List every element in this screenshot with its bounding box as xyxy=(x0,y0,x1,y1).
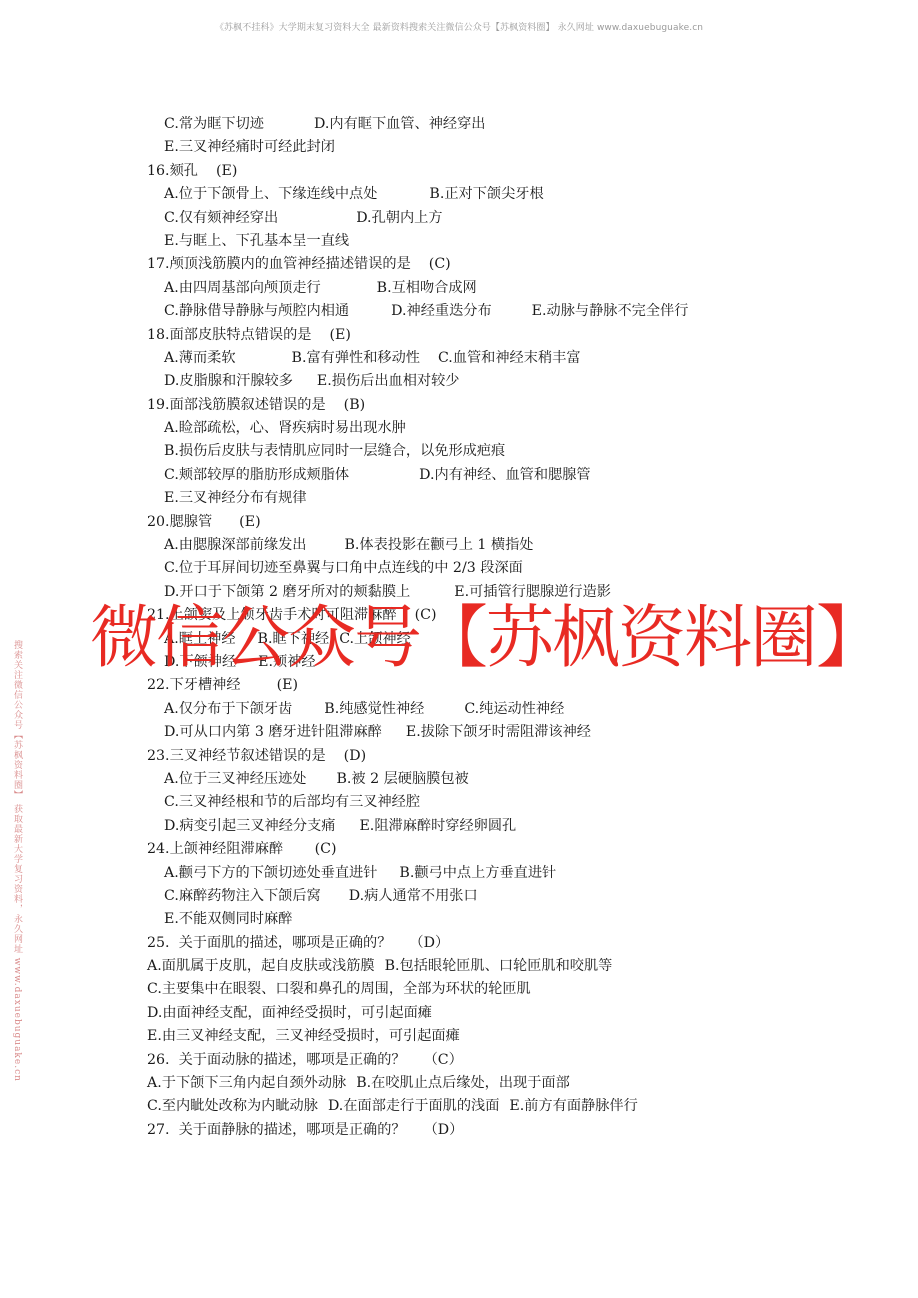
answer-options: C.主要集中在眼裂、口裂和鼻孔的周围，全部为环状的轮匝肌 xyxy=(147,978,787,1001)
answer-options: C.至内眦处改称为内眦动脉D.在面部走行于面肌的浅面E.前方有面静脉伴行 xyxy=(147,1095,787,1118)
option-text: E.三叉神经痛时可经此封闭 xyxy=(164,136,335,159)
option-text: C.静脉借导静脉与颅腔内相通 xyxy=(164,300,349,323)
answer-options: C.仅有颏神经穿出D.孔朝内上方 xyxy=(147,207,787,230)
question-text: 27. 关于面静脉的描述，哪项是正确的？ （D） xyxy=(147,1119,463,1142)
option-text: C.颊部较厚的脂肪形成颊脂体 xyxy=(164,464,349,487)
option-text: D.病人通常不用张口 xyxy=(349,885,478,908)
question-text: 19.面部浅筋膜叙述错误的是 (B) xyxy=(147,394,365,417)
option-text: B.体表投影在颧弓上 1 横指处 xyxy=(344,534,533,557)
option-text: E.三叉神经分布有规律 xyxy=(164,487,307,510)
option-text: E.阻滞麻醉时穿经卵圆孔 xyxy=(359,815,516,838)
option-text: C.至内眦处改称为内眦动脉 xyxy=(147,1095,318,1118)
option-text: A.睑部疏松，心、肾疾病时易出现水肿 xyxy=(164,417,406,440)
option-text: D.内有眶下血管、神经穿出 xyxy=(314,113,485,136)
answer-options: A.位于下颌骨上、下缘连线中点处B.正对下颌尖牙根 xyxy=(147,183,787,206)
answer-options: C.麻醉药物注入下颌后窝D.病人通常不用张口 xyxy=(147,885,787,908)
option-text: E.由三叉神经支配，三叉神经受损时，可引起面瘫 xyxy=(147,1025,460,1048)
answer-options: A.于下颌下三角内起自颈外动脉B.在咬肌止点后缘处，出现于面部 xyxy=(147,1072,787,1095)
question-stem: 25. 关于面肌的描述，哪项是正确的？ （D） xyxy=(147,932,787,955)
answer-options: E.不能双侧同时麻醉 xyxy=(147,908,787,931)
option-text: D.病变引起三叉神经分支痛 xyxy=(164,815,335,838)
answer-options: A.面肌属于皮肌，起自皮肤或浅筋膜B.包括眼轮匝肌、口轮匝肌和咬肌等 xyxy=(147,955,787,978)
option-text: B.被 2 层硬脑膜包被 xyxy=(336,768,468,791)
option-text: B.在咬肌止点后缘处，出现于面部 xyxy=(356,1072,570,1095)
option-text: D.皮脂腺和汗腺较多 xyxy=(164,370,293,393)
option-text: C.位于耳屏间切迹至鼻翼与口角中点连线的中 2/3 段深面 xyxy=(164,557,523,580)
answer-options: D.由面神经支配，面神经受损时，可引起面瘫 xyxy=(147,1002,787,1025)
option-text: D.内有神经、血管和腮腺管 xyxy=(419,464,590,487)
option-text: A.于下颌下三角内起自颈外动脉 xyxy=(147,1072,346,1095)
answer-options: E.三叉神经分布有规律 xyxy=(147,487,787,510)
answer-options: C.颊部较厚的脂肪形成颊脂体D.内有神经、血管和腮腺管 xyxy=(147,464,787,487)
question-stem: 24.上颌神经阻滞麻醉 (C) xyxy=(147,838,787,861)
option-text: A.仅分布于下颌牙齿 xyxy=(164,698,292,721)
question-stem: 18.面部皮肤特点错误的是 (E) xyxy=(147,324,787,347)
question-stem: 19.面部浅筋膜叙述错误的是 (B) xyxy=(147,394,787,417)
option-text: B.互相吻合成网 xyxy=(377,277,477,300)
option-text: B.包括眼轮匝肌、口轮匝肌和咬肌等 xyxy=(385,955,613,978)
question-text: 20.腮腺管 (E) xyxy=(147,511,261,534)
option-text: C.三叉神经根和节的后部均有三叉神经腔 xyxy=(164,791,420,814)
option-text: E.损伤后出血相对较少 xyxy=(317,370,460,393)
header-banner: 《苏枫不挂科》大学期末复习资料大全 最新资料搜索关注微信公众号【苏枫资料圈】 永… xyxy=(0,20,918,33)
option-text: D.可从口内第 3 磨牙进针阻滞麻醉 xyxy=(164,721,382,744)
answer-options: C.三叉神经根和节的后部均有三叉神经腔 xyxy=(147,791,787,814)
option-text: B.纯感觉性神经 xyxy=(324,698,424,721)
option-text: B.富有弹性和移动性 xyxy=(292,347,420,370)
answer-options: A.薄而柔软B.富有弹性和移动性C.血管和神经末稍丰富 xyxy=(147,347,787,370)
option-text: C.麻醉药物注入下颌后窝 xyxy=(164,885,321,908)
answer-options: B.损伤后皮肤与表情肌应同时一层缝合，以免形成疤痕 xyxy=(147,440,787,463)
answer-options: C.常为眶下切迹D.内有眶下血管、神经穿出 xyxy=(147,113,787,136)
option-text: B.损伤后皮肤与表情肌应同时一层缝合，以免形成疤痕 xyxy=(164,440,505,463)
answer-options: E.由三叉神经支配，三叉神经受损时，可引起面瘫 xyxy=(147,1025,787,1048)
answer-options: D.可从口内第 3 磨牙进针阻滞麻醉E.拔除下颌牙时需阻滞该神经 xyxy=(147,721,787,744)
question-text: 16.颏孔 (E) xyxy=(147,160,237,183)
option-text: D.孔朝内上方 xyxy=(356,207,442,230)
option-text: A.位于三叉神经压迹处 xyxy=(164,768,306,791)
question-text: 25. 关于面肌的描述，哪项是正确的？ （D） xyxy=(147,932,449,955)
option-text: E.拔除下颌牙时需阻滞该神经 xyxy=(406,721,591,744)
question-stem: 16.颏孔 (E) xyxy=(147,160,787,183)
question-text: 26. 关于面动脉的描述，哪项是正确的？ （C） xyxy=(147,1049,463,1072)
option-text: D.由面神经支配，面神经受损时，可引起面瘫 xyxy=(147,1002,432,1025)
answer-options: A.位于三叉神经压迹处B.被 2 层硬脑膜包被 xyxy=(147,768,787,791)
question-stem: 26. 关于面动脉的描述，哪项是正确的？ （C） xyxy=(147,1049,787,1072)
option-text: C.主要集中在眼裂、口裂和鼻孔的周围，全部为环状的轮匝肌 xyxy=(147,978,531,1001)
option-text: A.由腮腺深部前缘发出 xyxy=(164,534,306,557)
answer-options: E.三叉神经痛时可经此封闭 xyxy=(147,136,787,159)
answer-options: A.由四周基部向颅顶走行B.互相吻合成网 xyxy=(147,277,787,300)
question-stem: 23.三叉神经节叙述错误的是 (D) xyxy=(147,745,787,768)
option-text: B.颧弓中点上方垂直进针 xyxy=(399,862,556,885)
option-text: E.与眶上、下孔基本呈一直线 xyxy=(164,230,349,253)
answer-options: A.仅分布于下颌牙齿B.纯感觉性神经C.纯运动性神经 xyxy=(147,698,787,721)
question-stem: 17.颅顶浅筋膜内的血管神经描述错误的是 (C) xyxy=(147,253,787,276)
question-text: 24.上颌神经阻滞麻醉 (C) xyxy=(147,838,337,861)
option-text: E.前方有面静脉伴行 xyxy=(509,1095,637,1118)
answer-options: C.位于耳屏间切迹至鼻翼与口角中点连线的中 2/3 段深面 xyxy=(147,557,787,580)
answer-options: A.颧弓下方的下颌切迹处垂直进针B.颧弓中点上方垂直进针 xyxy=(147,862,787,885)
option-text: E.不能双侧同时麻醉 xyxy=(164,908,292,931)
option-text: D.神经重迭分布 xyxy=(391,300,492,323)
option-text: A.面肌属于皮肌，起自皮肤或浅筋膜 xyxy=(147,955,375,978)
answer-options: D.皮脂腺和汗腺较多E.损伤后出血相对较少 xyxy=(147,370,787,393)
option-text: B.正对下颌尖牙根 xyxy=(429,183,543,206)
option-text: C.纯运动性神经 xyxy=(464,698,564,721)
question-text: 23.三叉神经节叙述错误的是 (D) xyxy=(147,745,366,768)
answer-options: A.由腮腺深部前缘发出B.体表投影在颧弓上 1 横指处 xyxy=(147,534,787,557)
option-text: A.由四周基部向颅顶走行 xyxy=(164,277,321,300)
answer-options: D.病变引起三叉神经分支痛E.阻滞麻醉时穿经卵圆孔 xyxy=(147,815,787,838)
option-text: A.薄而柔软 xyxy=(164,347,236,370)
option-text: E.动脉与静脉不完全伴行 xyxy=(532,300,689,323)
option-text: A.颧弓下方的下颌切迹处垂直进针 xyxy=(164,862,377,885)
answer-options: C.静脉借导静脉与颅腔内相通D.神经重迭分布E.动脉与静脉不完全伴行 xyxy=(147,300,787,323)
option-text: D.在面部走行于面肌的浅面 xyxy=(328,1095,499,1118)
answer-options: E.与眶上、下孔基本呈一直线 xyxy=(147,230,787,253)
question-stem: 20.腮腺管 (E) xyxy=(147,511,787,534)
option-text: A.位于下颌骨上、下缘连线中点处 xyxy=(164,183,377,206)
answer-options: A.睑部疏松，心、肾疾病时易出现水肿 xyxy=(147,417,787,440)
overlay-watermark: 微信公众号【苏枫资料圈】 xyxy=(90,594,820,684)
option-text: C.仅有颏神经穿出 xyxy=(164,207,278,230)
option-text: C.常为眶下切迹 xyxy=(164,113,264,136)
question-text: 18.面部皮肤特点错误的是 (E) xyxy=(147,324,351,347)
side-watermark: 搜索关注微信公众号【苏枫资料圈】 获取最新大学复习资料，永久网址 www.dax… xyxy=(10,640,24,1082)
option-text: C.血管和神经末稍丰富 xyxy=(438,347,581,370)
question-text: 17.颅顶浅筋膜内的血管神经描述错误的是 (C) xyxy=(147,253,451,276)
question-stem: 27. 关于面静脉的描述，哪项是正确的？ （D） xyxy=(147,1119,787,1142)
